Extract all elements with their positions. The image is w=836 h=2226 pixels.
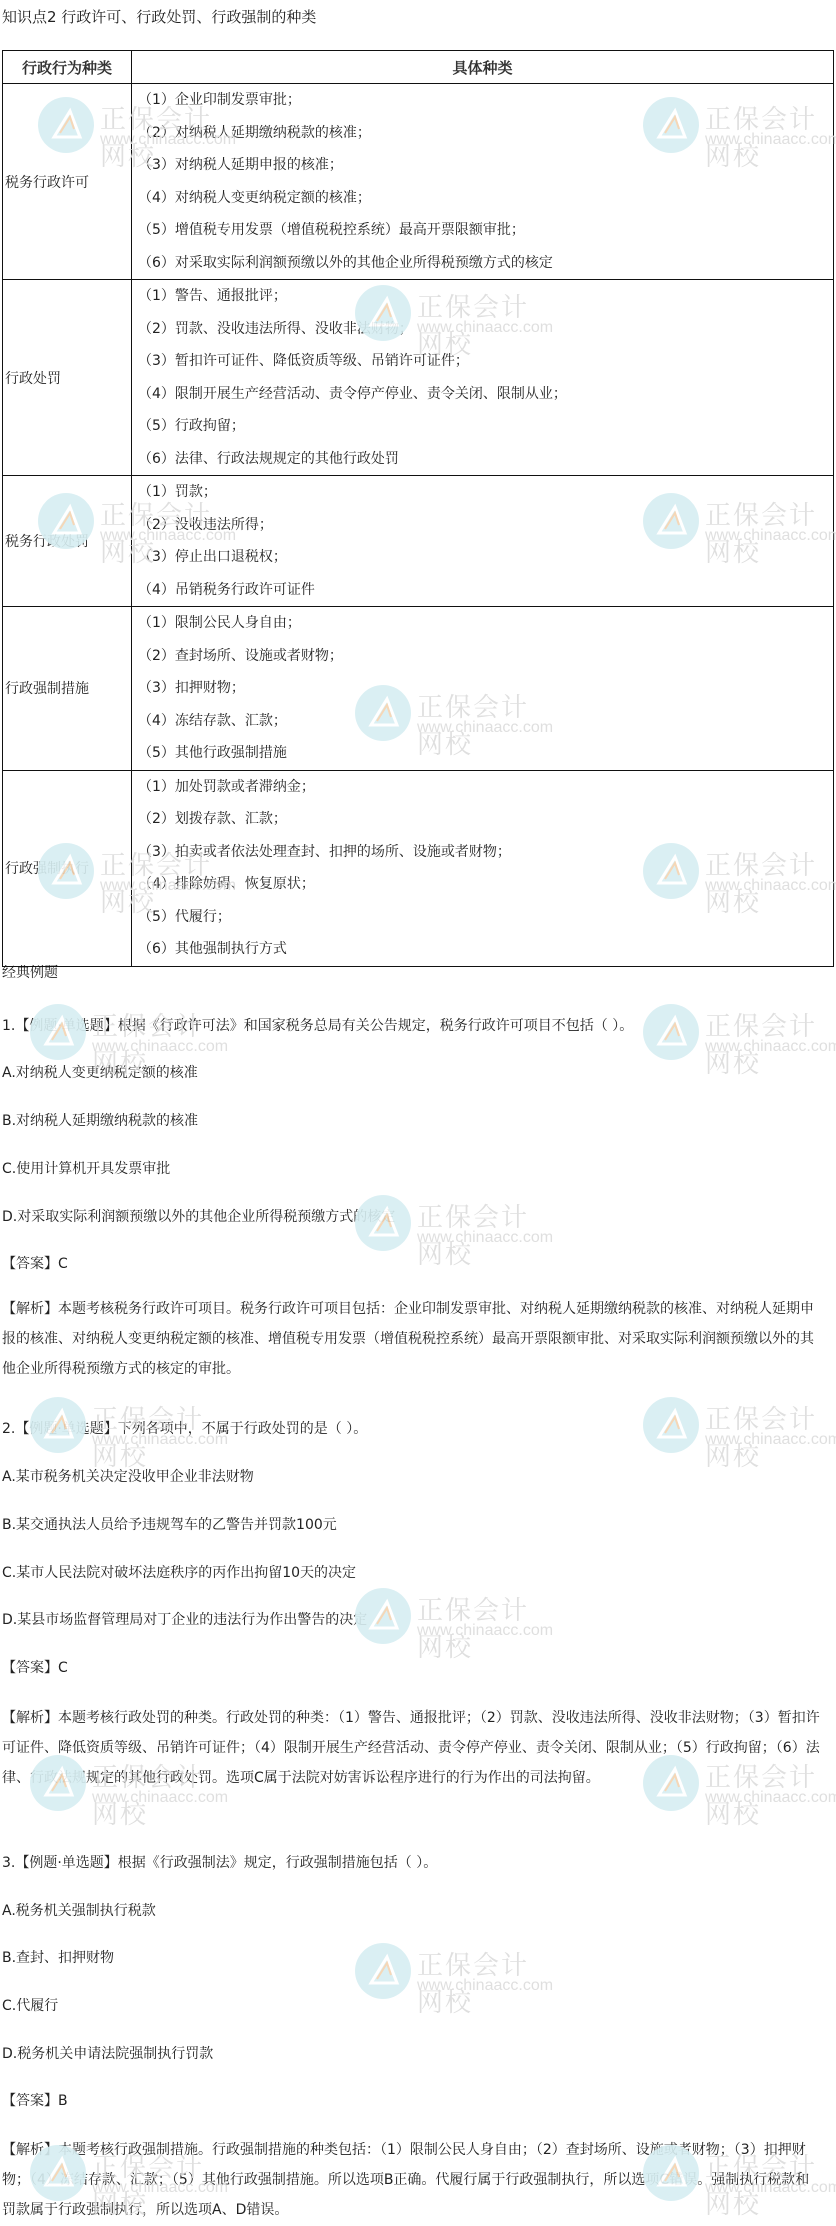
question-1-option-c: C.使用计算机开具发票审批: [2, 1158, 170, 1178]
list-item: （4）冻结存款、汇款；: [138, 705, 833, 738]
question-2-option-b: B.某交通执法人员给予违规驾车的乙警告并罚款100元: [2, 1514, 337, 1534]
watermark: 正保会计网校 www.chinaacc.com: [643, 1004, 836, 1064]
page-title: 知识点2 行政许可、行政处罚、行政强制的种类: [2, 6, 316, 27]
list-item: （3）对纳税人延期申报的核准；: [138, 149, 833, 182]
question-1-explanation: 【解析】本题考核税务行政许可项目。税务行政许可项目包括：企业印制发票审批、对纳税…: [2, 1294, 822, 1384]
list-item: （5）增值税专用发票（增值税税控系统）最高开票限额审批；: [138, 214, 833, 247]
items-cell: （1）企业印制发票审批； （2）对纳税人延期缴纳税款的核准； （3）对纳税人延期…: [132, 84, 834, 280]
question-1-stem: 1.【例题·单选题】根据《行政许可法》和国家税务总局有关公告规定，税务行政许可项…: [2, 1015, 633, 1035]
list-item: （4）排除妨碍、恢复原状；: [138, 868, 833, 901]
list-item: （2）查封场所、设施或者财物；: [138, 640, 833, 673]
list-item: （4）吊销税务行政许可证件: [138, 574, 833, 607]
list-item: （1）企业印制发票审批；: [138, 84, 833, 117]
items-cell: （1）警告、通报批评； （2）罚款、没收违法所得、没收非法财物； （3）暂扣许可…: [132, 280, 834, 476]
category-cell: 行政强制措施: [3, 607, 132, 771]
list-item: （4）对纳税人变更纳税定额的核准；: [138, 182, 833, 215]
list-item: （3）扣押财物；: [138, 672, 833, 705]
list-item: （6）对采取实际利润额预缴以外的其他企业所得税预缴方式的核定: [138, 247, 833, 280]
question-2-answer: 【答案】C: [2, 1657, 68, 1677]
list-item: （1）限制公民人身自由；: [138, 607, 833, 640]
watermark-logo-icon: [643, 1397, 699, 1453]
question-1-option-d: D.对采取实际利润额预缴以外的其他企业所得税预缴方式的核定: [2, 1206, 395, 1226]
watermark-logo-icon: [355, 1943, 411, 1999]
watermark: 正保会计网校 www.chinaacc.com: [643, 1397, 836, 1457]
table-row: 行政强制措施 （1）限制公民人身自由； （2）查封场所、设施或者财物； （3）扣…: [3, 607, 834, 771]
category-cell: 行政强制执行: [3, 770, 132, 966]
watermark: 正保会计网校 www.chinaacc.com: [355, 1943, 555, 2003]
list-item: （2）划拨存款、汇款；: [138, 803, 833, 836]
watermark-logo-icon: [643, 1004, 699, 1060]
list-item: （6）其他强制执行方式: [138, 933, 833, 966]
knowledge-table: 行政行为种类 具体种类 税务行政许可 （1）企业印制发票审批； （2）对纳税人延…: [2, 50, 834, 967]
question-2-explanation: 【解析】本题考核行政处罚的种类。行政处罚的种类：（1）警告、通报批评；（2）罚款…: [2, 1703, 822, 1793]
list-item: （3）拍卖或者依法处理查封、扣押的场所、设施或者财物；: [138, 836, 833, 869]
question-3-answer: 【答案】B: [2, 2090, 68, 2110]
question-1-option-b: B.对纳税人延期缴纳税款的核准: [2, 1110, 198, 1130]
column-header-category: 行政行为种类: [3, 51, 132, 84]
items-cell: （1）罚款； （2）没收违法所得； （3）停止出口退税权； （4）吊销税务行政许…: [132, 476, 834, 607]
question-2-stem: 2.【例题·单选题】下列各项中，不属于行政处罚的是（ ）。: [2, 1418, 367, 1438]
question-2-option-d: D.某县市场监督管理局对丁企业的违法行为作出警告的决定: [2, 1609, 367, 1629]
column-header-types: 具体种类: [132, 51, 834, 84]
list-item: （3）停止出口退税权；: [138, 541, 833, 574]
category-cell: 税务行政处罚: [3, 476, 132, 607]
table-row: 行政强制执行 （1）加处罚款或者滞纳金； （2）划拨存款、汇款； （3）拍卖或者…: [3, 770, 834, 966]
category-cell: 行政处罚: [3, 280, 132, 476]
question-3-stem: 3.【例题·单选题】根据《行政强制法》规定，行政强制措施包括（ ）。: [2, 1852, 437, 1872]
table-row: 行政处罚 （1）警告、通报批评； （2）罚款、没收违法所得、没收非法财物； （3…: [3, 280, 834, 476]
list-item: （5）代履行；: [138, 901, 833, 934]
list-item: （3）暂扣许可证件、降低资质等级、吊销许可证件；: [138, 345, 833, 378]
list-item: （2）罚款、没收违法所得、没收非法财物；: [138, 313, 833, 346]
question-2-option-a: A.某市税务机关决定没收甲企业非法财物: [2, 1466, 254, 1486]
watermark: 正保会计网校 www.chinaacc.com: [355, 1588, 555, 1648]
list-item: （1）加处罚款或者滞纳金；: [138, 771, 833, 804]
list-item: （6）法律、行政法规规定的其他行政处罚: [138, 443, 833, 476]
list-item: （2）没收违法所得；: [138, 509, 833, 542]
list-item: （1）警告、通报批评；: [138, 280, 833, 313]
list-item: （2）对纳税人延期缴纳税款的核准；: [138, 117, 833, 150]
question-3-explanation: 【解析】本题考核行政强制措施。行政强制措施的种类包括：（1）限制公民人身自由；（…: [2, 2135, 822, 2225]
question-3-option-d: D.税务机关申请法院强制执行罚款: [2, 2043, 213, 2063]
question-2-option-c: C.某市人民法院对破坏法庭秩序的丙作出拘留10天的决定: [2, 1562, 356, 1582]
list-item: （1）罚款；: [138, 476, 833, 509]
table-header-row: 行政行为种类 具体种类: [3, 51, 834, 84]
question-3-option-c: C.代履行: [2, 1995, 58, 2015]
table-row: 税务行政许可 （1）企业印制发票审批； （2）对纳税人延期缴纳税款的核准； （3…: [3, 84, 834, 280]
list-item: （5）行政拘留；: [138, 410, 833, 443]
question-1-option-a: A.对纳税人变更纳税定额的核准: [2, 1062, 198, 1082]
category-cell: 税务行政许可: [3, 84, 132, 280]
question-1-answer: 【答案】C: [2, 1253, 68, 1273]
list-item: （5）其他行政强制措施: [138, 737, 833, 770]
list-item: （4）限制开展生产经营活动、责令停产停业、责令关闭、限制从业；: [138, 378, 833, 411]
items-cell: （1）加处罚款或者滞纳金； （2）划拨存款、汇款； （3）拍卖或者依法处理查封、…: [132, 770, 834, 966]
question-3-option-a: A.税务机关强制执行税款: [2, 1900, 156, 1920]
table-row: 税务行政处罚 （1）罚款； （2）没收违法所得； （3）停止出口退税权； （4）…: [3, 476, 834, 607]
question-3-option-b: B.查封、扣押财物: [2, 1947, 114, 1967]
items-cell: （1）限制公民人身自由； （2）查封场所、设施或者财物； （3）扣押财物； （4…: [132, 607, 834, 771]
